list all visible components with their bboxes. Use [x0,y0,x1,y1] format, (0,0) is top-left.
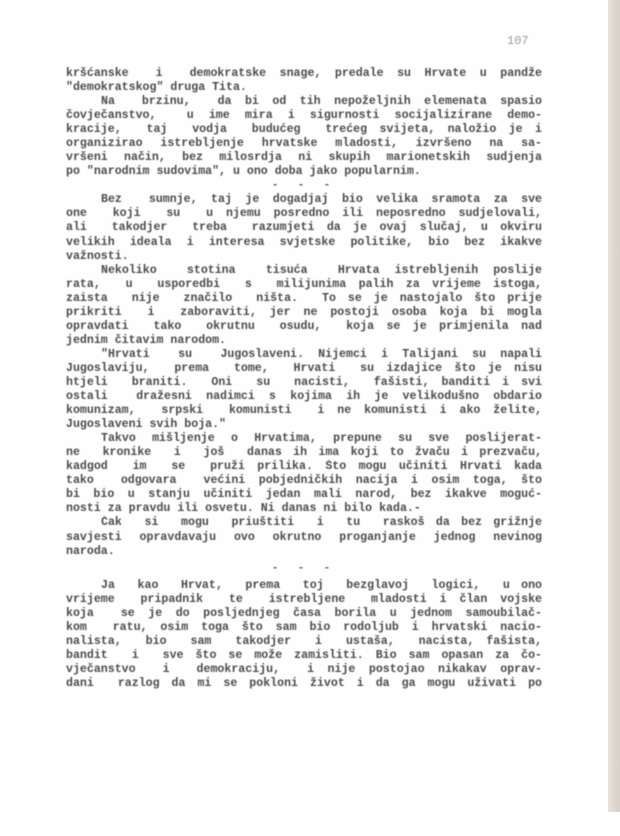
text-line: Takvo mišljenje o Hrvatima, prepune su s… [66,432,542,446]
text-line: organizirao istrebljenje hrvatske mlados… [66,137,542,151]
text-line: vršeni način, bez milosrdja ni skupih ma… [66,151,542,165]
paragraph: Takvo mišljenje o Hrvatima, prepune su s… [66,432,542,516]
text-line: zaista nije značilo ništa. To se je nast… [66,292,542,306]
text-line: čovječanstvo, u ime mira i sigurnosti so… [66,109,542,123]
text-line: ne kronike i još danas ih ima koji to žv… [66,446,542,460]
text-line: Na brzinu, da bi od tih nepoželjnih elem… [66,95,542,109]
section-separator: - - - [66,179,542,193]
text-line: bandit i sve što se može zamisliti. Bio … [66,649,542,663]
text-line: vječanstvo i demokraciju, i nije postoja… [66,663,542,677]
text-line: "demokratskog" druga Tita. [66,81,542,95]
text-line: nosti za pravdu ili osvetu. Ni danas ni … [66,502,542,516]
text-line: vrijeme pripadnik te istrebljene mladost… [66,593,542,607]
text-line: bi bio u stanju učiniti jedan mali narod… [66,488,542,502]
text-line: koja se je do posljednjeg časa borila u … [66,607,542,621]
text-line: važnosti. [66,250,542,264]
book-page: 107 kršćanske i demokratske snage, preda… [0,0,608,836]
text-line: po "narodnim sudovima", u ono doba jako … [66,165,542,179]
text-line: Čak si mogu priuštiti i tu raskoš da bez… [66,516,542,530]
text-line: ostali dražesni nadimci s kojima ih je v… [66,390,542,404]
text-line: Nekoliko stotina tisuća Hrvata istreblje… [66,264,542,278]
paragraph: Na brzinu, da bi od tih nepoželjnih elem… [66,95,542,179]
text-line: nalista, bio sam takodjer i ustaša, naci… [66,635,542,649]
paragraph: Bez sumnje, taj je dogadjaj bio velika s… [66,193,542,263]
text-line: savjesti opravdavaju ovo okrutno proganj… [66,531,542,545]
page-number: 107 [507,34,529,48]
text-line: one koji su u njemu posredno ili neposre… [66,207,542,221]
text-line: Jugoslaveni svih boja." [66,418,542,432]
text-line: "Hrvati su Jugoslaveni. Nijemci i Talija… [66,348,542,362]
text-line: komunizam, srpski komunisti i ne komunis… [66,404,542,418]
text-line: kadgod im se pruži prilika. Što mogu uči… [66,460,542,474]
paragraph: Ja kao Hrvat, prema toj bezglavoj logici… [66,579,542,691]
section-separator: - - - [66,559,542,579]
text-line: kom ratu, osim toga što sam bio rodoljub… [66,621,542,635]
paragraph: kršćanske i demokratske snage, predale s… [66,67,542,95]
page-edge-bottom [608,812,620,836]
text-line: rata, u usporedbi s milijunima palih za … [66,278,542,292]
text-line: opravdati tako okrutnu osudu, koja se je… [66,320,542,334]
page-body-text: kršćanske i demokratske snage, predale s… [66,67,542,691]
text-line: htjeli braniti. Oni su nacisti, fašisti,… [66,376,542,390]
page-edge-shadow [608,0,620,812]
text-line: ali takodjer treba razumjeti da je ovaj … [66,221,542,235]
text-line: jednim čitavim narodom. [66,334,542,348]
text-line: kracije, taj vodja budućeg trećeg svijet… [66,123,542,137]
text-line: dani razlog da mi se pokloni život i da … [66,677,542,691]
text-line: naroda. [66,545,542,559]
text-line: prikriti i zaboraviti, jer ne postoji os… [66,306,542,320]
text-line: tako odgovara većini pobjedničkih nacija… [66,474,542,488]
paragraph: Nekoliko stotina tisuća Hrvata istreblje… [66,264,542,348]
text-line: Jugoslaviju, prema tome, Hrvati su izdaj… [66,362,542,376]
text-line: kršćanske i demokratske snage, predale s… [66,67,542,81]
paragraph: Čak si mogu priuštiti i tu raskoš da bez… [66,516,542,558]
paragraph: "Hrvati su Jugoslaveni. Nijemci i Talija… [66,348,542,432]
text-line: Ja kao Hrvat, prema toj bezglavoj logici… [66,579,542,593]
text-line: Bez sumnje, taj je dogadjaj bio velika s… [66,193,542,207]
text-line: velikih ideala i interesa svjetske polit… [66,236,542,250]
